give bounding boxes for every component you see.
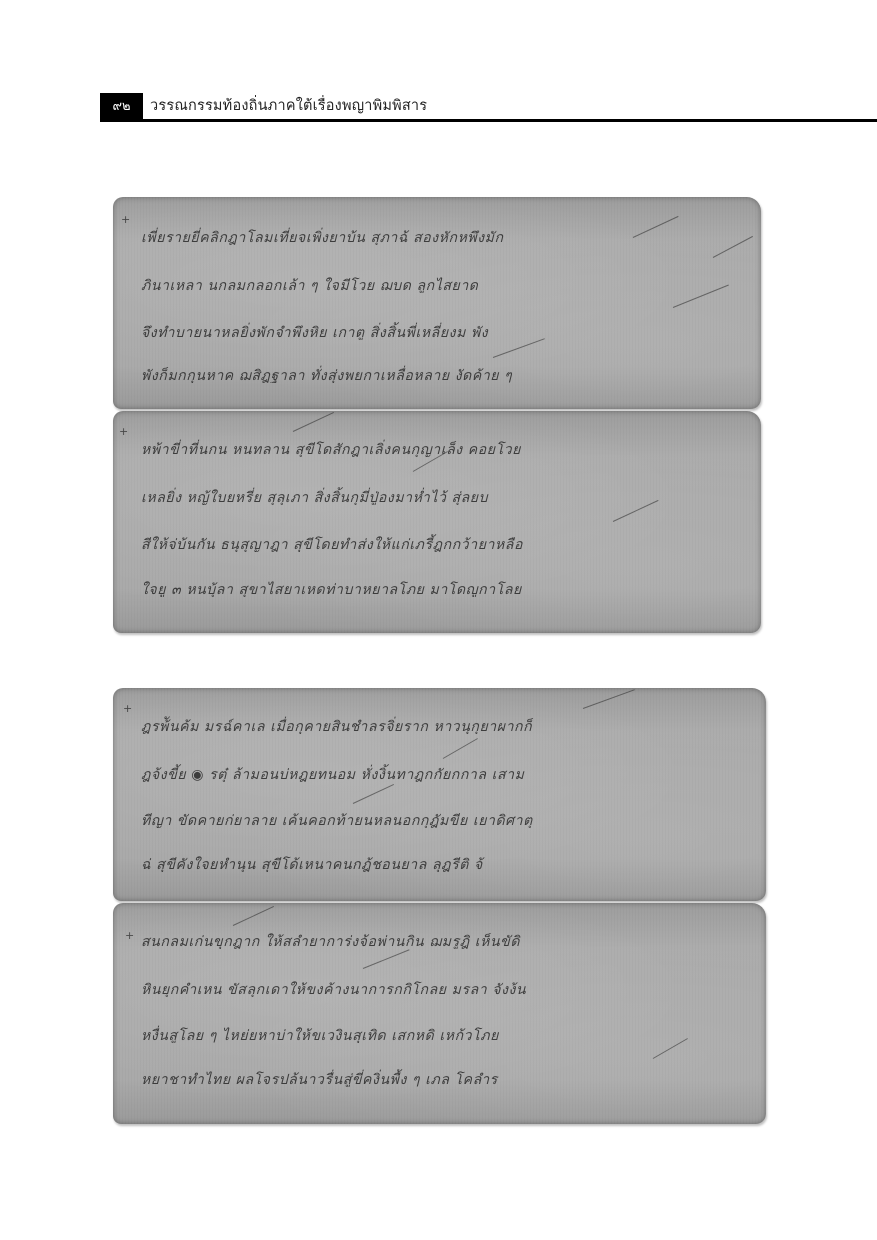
manuscript-line: ภินาเหลา นกลมกลอกเล้า ๆ ใจมีโวย ฌบด ลูกไ… [141,275,739,293]
manuscript-leaf-upper: + เพี่ยรายยี่คลิกฎาโลมเที่ยจเพิ่งยาบ้น ส… [113,197,761,409]
manuscript-line: ฉ่ สุขีคังใจยหำนุน สุขีโด้เหนาคนกฎ้ชอนยา… [141,854,744,872]
manuscript-line: ใจยู ๓ หนบุ้ลา สุขาไสยาเหดท่าบาหยาลโภย ม… [141,579,739,597]
manuscript-line: หยาชาทำไทย ผลโจรปล้นาวรื่นสู่ขี่คงิ่นพื้… [141,1069,744,1087]
manuscript-line: ฎูรพ้ันค้ม มรฉ์คาเล เมื่อกุคายสินชำลรจิ่… [141,716,744,734]
manuscript-leaf-upper: + ฎูรพ้ันค้ม มรฉ์คาเล เมื่อกุคายสินชำลรจ… [113,688,766,901]
manuscript-line: พังก็มกกุนหาค ฌสิฎฐาลา ทั่งสุ่งพยกาเหลื่… [141,365,739,383]
page-header-title: วรรณกรรมท้องถิ่นภาคใต้เรื่องพญาพิมพิสาร [150,95,427,117]
manuscript-line: หินยุกคำเหน ขัสลุกเดาให้ขงค้างนาการกกิโก… [141,979,744,997]
manuscript-line: ฎูจ้งขี้ย ◉ รตุ๋ ล้ามอนบ่หฎุยทนอม หั่งงิ… [141,764,744,782]
margin-mark: + [119,425,128,438]
manuscript-photo-1: + เพี่ยรายยี่คลิกฎาโลมเที่ยจเพิ่งยาบ้น ส… [113,197,761,633]
manuscript-leaf-lower: + หพ้าขี่าที่นกน หนทลาน สุขีโดสักฎาเลิ่ง… [113,411,761,633]
manuscript-line: หงื่นสูโลย ๆ ไหย่ยหาบ่าให้ขเวงินสุเทิด เ… [141,1025,744,1043]
manuscript-leaf-lower: + สนกลมเก่นขุกฎาก ให้สลำยาการ่งจ้อพ่านกิ… [113,903,766,1124]
manuscript-line: จึงทำบายนาหลยิ่งพักจำพึงหิย เกาตู สิ่งสิ… [141,322,739,340]
manuscript-line: ทีญา ขัดคายก่ยาลาย เค้นคอกท้ายนหลนอกกุฎั… [141,810,744,828]
page-number: ๙๒ [100,93,143,120]
margin-mark: + [125,929,134,942]
margin-mark: + [121,213,130,226]
running-header: ๙๒ วรรณกรรมท้องถิ่นภาคใต้เรื่องพญาพิมพิส… [100,93,877,122]
manuscript-photo-2: + ฎูรพ้ันค้ม มรฉ์คาเล เมื่อกุคายสินชำลรจ… [113,688,766,1124]
header-rule [100,119,877,122]
margin-mark: + [123,702,132,715]
manuscript-line: เหลยิ่ง หญ้ใบยหรี่ย สุลุเภา สิ่งสิ้นกุมี… [141,487,739,505]
manuscript-line: สนกลมเก่นขุกฎาก ให้สลำยาการ่งจ้อพ่านกิน … [141,931,744,949]
manuscript-line: สีให้จ่บ้นกัน ธนุสุญาฎา สุขีโดยทำส่งให้แ… [141,534,739,552]
